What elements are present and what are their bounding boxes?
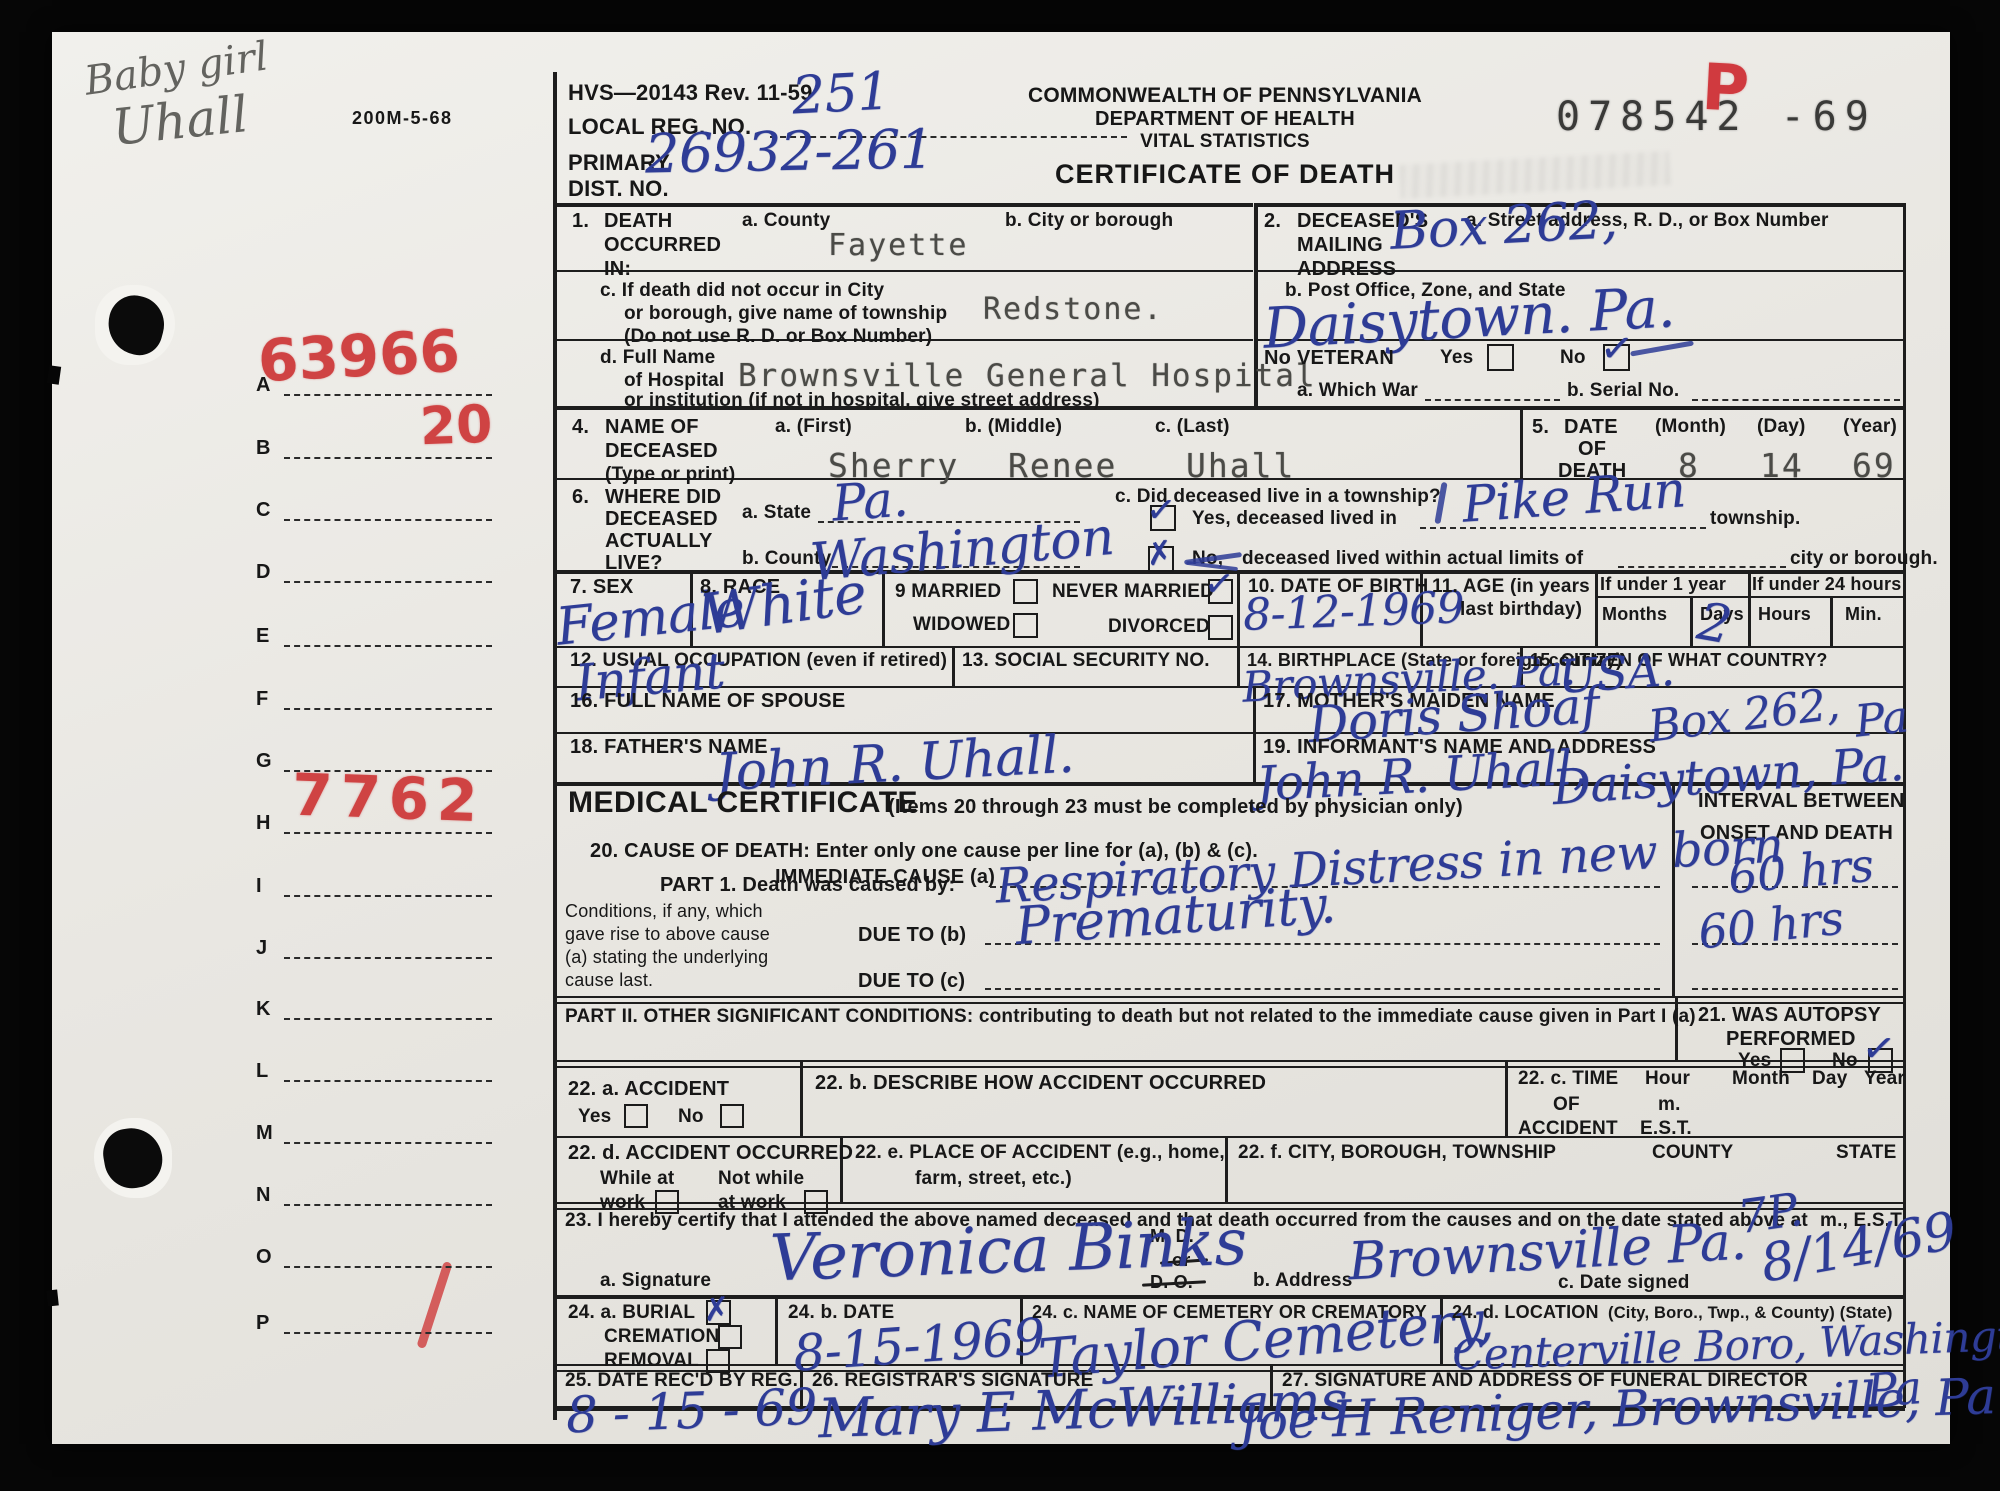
s4b-label: b. (Middle) (965, 416, 1062, 438)
stub-line-d (284, 581, 492, 583)
s22e-label-1: 22. e. PLACE OF ACCIDENT (e.g., home, (855, 1142, 1225, 1164)
s16-label: 16. FULL NAME OF SPOUSE (570, 690, 845, 713)
s5-year-value: 69 (1852, 446, 1896, 485)
s21-no-checkmark: ✓ (1859, 1024, 1899, 1074)
s22a-yes-checkbox (624, 1104, 648, 1128)
s4-label-3: (Type or print) (605, 464, 735, 486)
stub-letter-l: L (256, 1060, 268, 1083)
rule-12 (556, 686, 1905, 688)
s22c-hour-label: Hour (1645, 1068, 1690, 1090)
s1c-value: Redstone. (983, 292, 1164, 327)
s22c-label-2: OF (1553, 1094, 1580, 1116)
s6-township-suffix: township. (1710, 508, 1800, 530)
stub-line-j (284, 957, 492, 959)
rule-1ab (556, 270, 1905, 272)
s2-label-3: ADDRESS (1297, 258, 1396, 281)
agency-header: COMMONWEALTH OF PENNSYLVANIA DEPARTMENT … (1025, 84, 1425, 190)
divider-u1-u24 (1748, 570, 1751, 646)
s1-label-3: IN: (604, 258, 631, 281)
stub-letter-e: E (256, 625, 270, 648)
s11-months-label: Months (1602, 604, 1667, 625)
s6-yes-text: Yes, deceased lived in (1192, 508, 1397, 530)
rule-22 (556, 1060, 1905, 1068)
primary-dist-value: 26932-261 (644, 117, 934, 185)
stub-letter-o: O (256, 1246, 272, 1269)
divider-hours-min (1830, 596, 1833, 646)
stub-line-o (284, 1266, 492, 1268)
due-b-label: DUE TO (b) (858, 924, 966, 947)
s1-label-1: DEATH (604, 210, 672, 233)
stub-line-i (284, 895, 492, 897)
s9-widowed-checkbox (1013, 613, 1038, 638)
s11-label-2: last birthday) (1460, 599, 1582, 621)
file-number-stamp: 078542 -69 (1556, 94, 1877, 140)
s22c-day-label: Day (1812, 1068, 1847, 1090)
s3-serial-line (1692, 399, 1900, 401)
s1d-label-3: or institution (if not in hospital, give… (624, 390, 1100, 412)
edge-notch-1 (47, 365, 61, 384)
stub-line-p (284, 1332, 492, 1334)
s6a-label: a. State (742, 502, 811, 524)
stub-line-c (284, 519, 492, 521)
s6a-value: Pa. (830, 469, 909, 532)
divider-s4-s5 (1520, 406, 1523, 478)
s4-last-value: Uhall (1186, 446, 1295, 485)
stub-letter-j: J (256, 937, 267, 960)
due-c-label: DUE TO (c) (858, 970, 965, 993)
stub-letter-k: K (256, 998, 271, 1021)
s3-label: VETERAN (1297, 347, 1394, 370)
s6-yes-checkmark: ✓ (1144, 489, 1178, 532)
s4c-label: c. (Last) (1155, 416, 1230, 438)
s4a-label: a. (First) (775, 416, 852, 438)
s9-divorced-checkbox (1208, 615, 1233, 640)
s22c-label-1: 22. c. TIME (1518, 1068, 1618, 1090)
s22c-year-label: Year (1864, 1068, 1905, 1090)
s24-burial-label: 24. a. BURIAL (568, 1302, 695, 1324)
stub-line-a (284, 394, 492, 396)
s3-yes-checkbox (1487, 344, 1514, 371)
s5-label-1: DATE (1564, 416, 1618, 439)
part2-label: PART II. OTHER SIGNIFICANT CONDITIONS: c… (565, 1006, 1696, 1028)
s22e-label-2: farm, street, etc.) (915, 1168, 1072, 1190)
rule-under-headers (1595, 596, 1905, 598)
s2-number: 2. (1264, 210, 1281, 233)
s3-serial-label: b. Serial No. (1567, 380, 1679, 402)
s24-cremation-checkbox (718, 1325, 742, 1349)
page-title: CERTIFICATE OF DEATH (1025, 159, 1425, 190)
divider-s11-u1 (1595, 570, 1598, 646)
rule-24 (556, 1295, 1905, 1299)
s22c-label-3: ACCIDENT (1518, 1118, 1618, 1140)
interval-label-1: INTERVAL BETWEEN (1698, 790, 1905, 813)
commonwealth-line: COMMONWEALTH OF PENNSYLVANIA (1025, 84, 1425, 108)
form-number: HVS—20143 Rev. 11-59 (568, 80, 813, 106)
s9-married-checkbox (1013, 579, 1038, 604)
s9-widowed-label: WIDOWED (913, 614, 1010, 636)
s9-never-checkmark: ✓ (1202, 563, 1236, 607)
stub-letter-n: N (256, 1184, 271, 1207)
s1-label-2: OCCURRED (604, 234, 721, 257)
divider-22b-22c (1505, 1060, 1508, 1136)
stub-line-l (284, 1080, 492, 1082)
s1-number: 1. (572, 210, 589, 233)
stub-letter-d: D (256, 561, 271, 584)
medical-title: MEDICAL CERTIFICATE (568, 786, 918, 820)
s6-label-3: ACTUALLY (605, 530, 713, 553)
s11-under24-label: If under 24 hours (1752, 574, 1901, 595)
s3-which-war-line (1425, 399, 1560, 401)
s11-hours-label: Hours (1758, 604, 1811, 625)
divider-interval (1672, 782, 1675, 996)
stub-letter-h: H (256, 812, 271, 835)
stub-red-b-value: 20 (419, 395, 493, 457)
stub-letter-i: I (256, 875, 262, 898)
stub-letter-p: P (256, 1312, 270, 1335)
s22d-label: 22. d. ACCIDENT OCCURRED (568, 1142, 853, 1165)
s22d-not-label-1: Not while (718, 1168, 804, 1190)
s9-divorced-label: DIVORCED (1108, 616, 1210, 638)
stub-line-e (284, 645, 492, 647)
s22f-label: 22. f. CITY, BOROUGH, TOWNSHIP (1238, 1142, 1556, 1164)
divider-months-days (1690, 596, 1693, 646)
s1d-label-1: d. Full Name (600, 347, 715, 369)
s24d-label: 24. d. LOCATION (1452, 1302, 1599, 1323)
divider-24a-24b (775, 1295, 778, 1364)
stub-letter-f: F (256, 688, 268, 711)
s1a-value: Fayette (828, 228, 968, 263)
s22f-county-label: COUNTY (1652, 1142, 1733, 1164)
stub-line-b (284, 457, 492, 459)
stub-red-a-value: 63966 (256, 317, 461, 395)
stub-letter-c: C (256, 499, 271, 522)
s24-cremation-label: CREMATION (604, 1326, 719, 1348)
s6-label-1: WHERE DID (605, 486, 721, 509)
conditions-line-1: Conditions, if any, which (565, 901, 763, 922)
rule-22d (556, 1136, 1905, 1138)
s6-label-4: LIVE? (605, 552, 663, 575)
s5-label-2: OF (1578, 438, 1606, 461)
s6-city-suffix: city or borough. (1790, 548, 1938, 570)
s24-removal-label: REMOVAL (604, 1350, 699, 1372)
rule-top (556, 203, 1905, 207)
scanned-death-certificate: Baby girl Uhall 200M-5-68 63966 20 7762 … (0, 0, 2000, 1491)
s1c-label-1: c. If death did not occur in City (600, 280, 884, 302)
s1a-label: a. County (742, 210, 830, 232)
divider-s13-s14 (1237, 646, 1240, 686)
s3-which-war-label: a. Which War (1297, 380, 1418, 402)
stub-line-f (284, 708, 492, 710)
s1b-label: b. City or borough (1005, 210, 1173, 232)
s22a-no-label: No (678, 1106, 704, 1128)
s3-yes-label: Yes (1440, 347, 1473, 369)
conditions-line-2: gave rise to above cause (565, 924, 770, 945)
s6-label-2: DECEASED (605, 508, 718, 531)
divider-s9-s10 (1237, 570, 1240, 646)
divider-22a-22b (800, 1060, 803, 1136)
interval-c-line (1692, 988, 1898, 990)
s1c-label-2: or borough, give name of township (624, 303, 947, 325)
s4-label-1: NAME OF (605, 416, 699, 439)
s2-label-2: MAILING (1297, 234, 1383, 257)
s5-day-label: (Day) (1757, 416, 1806, 438)
s13-label: 13. SOCIAL SECURITY NO. (962, 650, 1210, 672)
stub-letter-a: A (256, 374, 271, 397)
s11-label-1: 11. AGE (in years (1432, 576, 1590, 598)
s6-number: 6. (572, 486, 589, 509)
s3-no-label: No (1560, 347, 1586, 369)
s1d-value: Brownsville General Hospital (738, 358, 1317, 394)
local-reg-value: 251 (790, 61, 891, 126)
stub-line-m (284, 1142, 492, 1144)
s21-label-1: 21. WAS AUTOPSY (1698, 1004, 1881, 1027)
s6-no-checkmark: ✗ (1143, 532, 1175, 573)
vital-line: VITAL STATISTICS (1025, 131, 1425, 153)
s23-address-label: b. Address (1253, 1270, 1353, 1292)
s6-no-text: deceased lived within actual limits of (1242, 548, 1583, 570)
s22c-est-label: E.S.T. (1640, 1118, 1692, 1140)
s24-burial-checkmark: ✗ (701, 1289, 731, 1329)
s6-city-line (1618, 566, 1786, 568)
s4-middle-value: Renee (1008, 446, 1117, 485)
medical-subtitle: (Items 20 through 23 must be completed b… (888, 796, 1463, 819)
s22a-label: 22. a. ACCIDENT (568, 1078, 729, 1101)
s5-month-label: (Month) (1655, 416, 1726, 438)
stub-line-g (284, 770, 492, 772)
s2a-value: Box 262, (1389, 190, 1619, 262)
s22a-no-checkbox (720, 1104, 744, 1128)
s22c-month-label: Month (1732, 1068, 1790, 1090)
s11-min-label: Min. (1845, 604, 1882, 625)
s1d-label-2: of Hospital (624, 370, 724, 392)
s20-immediate-label: IMMEDIATE CAUSE (a) (775, 866, 995, 889)
stub-line-n (284, 1204, 492, 1206)
divider-s12-s13 (952, 646, 955, 686)
s5-day-value: 14 (1760, 446, 1804, 485)
s3-number: No (1264, 347, 1291, 370)
stub-line-k (284, 1018, 492, 1020)
stub-divider (553, 72, 557, 1420)
s23-date-label: c. Date signed (1558, 1272, 1690, 1294)
department-line: DEPARTMENT OF HEALTH (1025, 108, 1425, 131)
s9-married-label: 9 MARRIED (895, 581, 1001, 603)
s3-no-checkmark: ✓ (1598, 324, 1636, 373)
stub-letter-g: G (256, 750, 272, 773)
conditions-line-4: cause last. (565, 970, 653, 991)
s5-year-label: (Year) (1843, 416, 1897, 438)
edge-notch-2 (46, 1289, 59, 1306)
stub-letter-m: M (256, 1122, 273, 1145)
s22f-state-label: STATE (1836, 1142, 1896, 1164)
s5-number: 5. (1532, 416, 1549, 439)
rule-part2 (556, 996, 1905, 1004)
s4-number: 4. (572, 416, 589, 439)
s1c-label-3: (Do not use R. D. or Box Number) (624, 326, 932, 348)
stub-letter-b: B (256, 437, 271, 460)
s22d-while-label-1: While at (600, 1168, 674, 1190)
s22b-label: 22. b. DESCRIBE HOW ACCIDENT OCCURRED (815, 1072, 1266, 1095)
stub-line-h (284, 832, 492, 834)
divider-22e-22f (1225, 1136, 1228, 1202)
cause-c-line (985, 988, 1660, 990)
s22c-m-label: m. (1658, 1094, 1681, 1116)
s22a-yes-label: Yes (578, 1106, 611, 1128)
s23-signature-label: a. Signature (600, 1270, 711, 1292)
s9-never-label: NEVER MARRIED (1052, 581, 1214, 603)
conditions-line-3: (a) stating the underlying (565, 947, 768, 968)
s4-label-2: DECEASED (605, 440, 718, 463)
print-code: 200M-5-68 (352, 108, 453, 129)
s25-value: 8 - 15 - 69 (565, 1378, 818, 1445)
